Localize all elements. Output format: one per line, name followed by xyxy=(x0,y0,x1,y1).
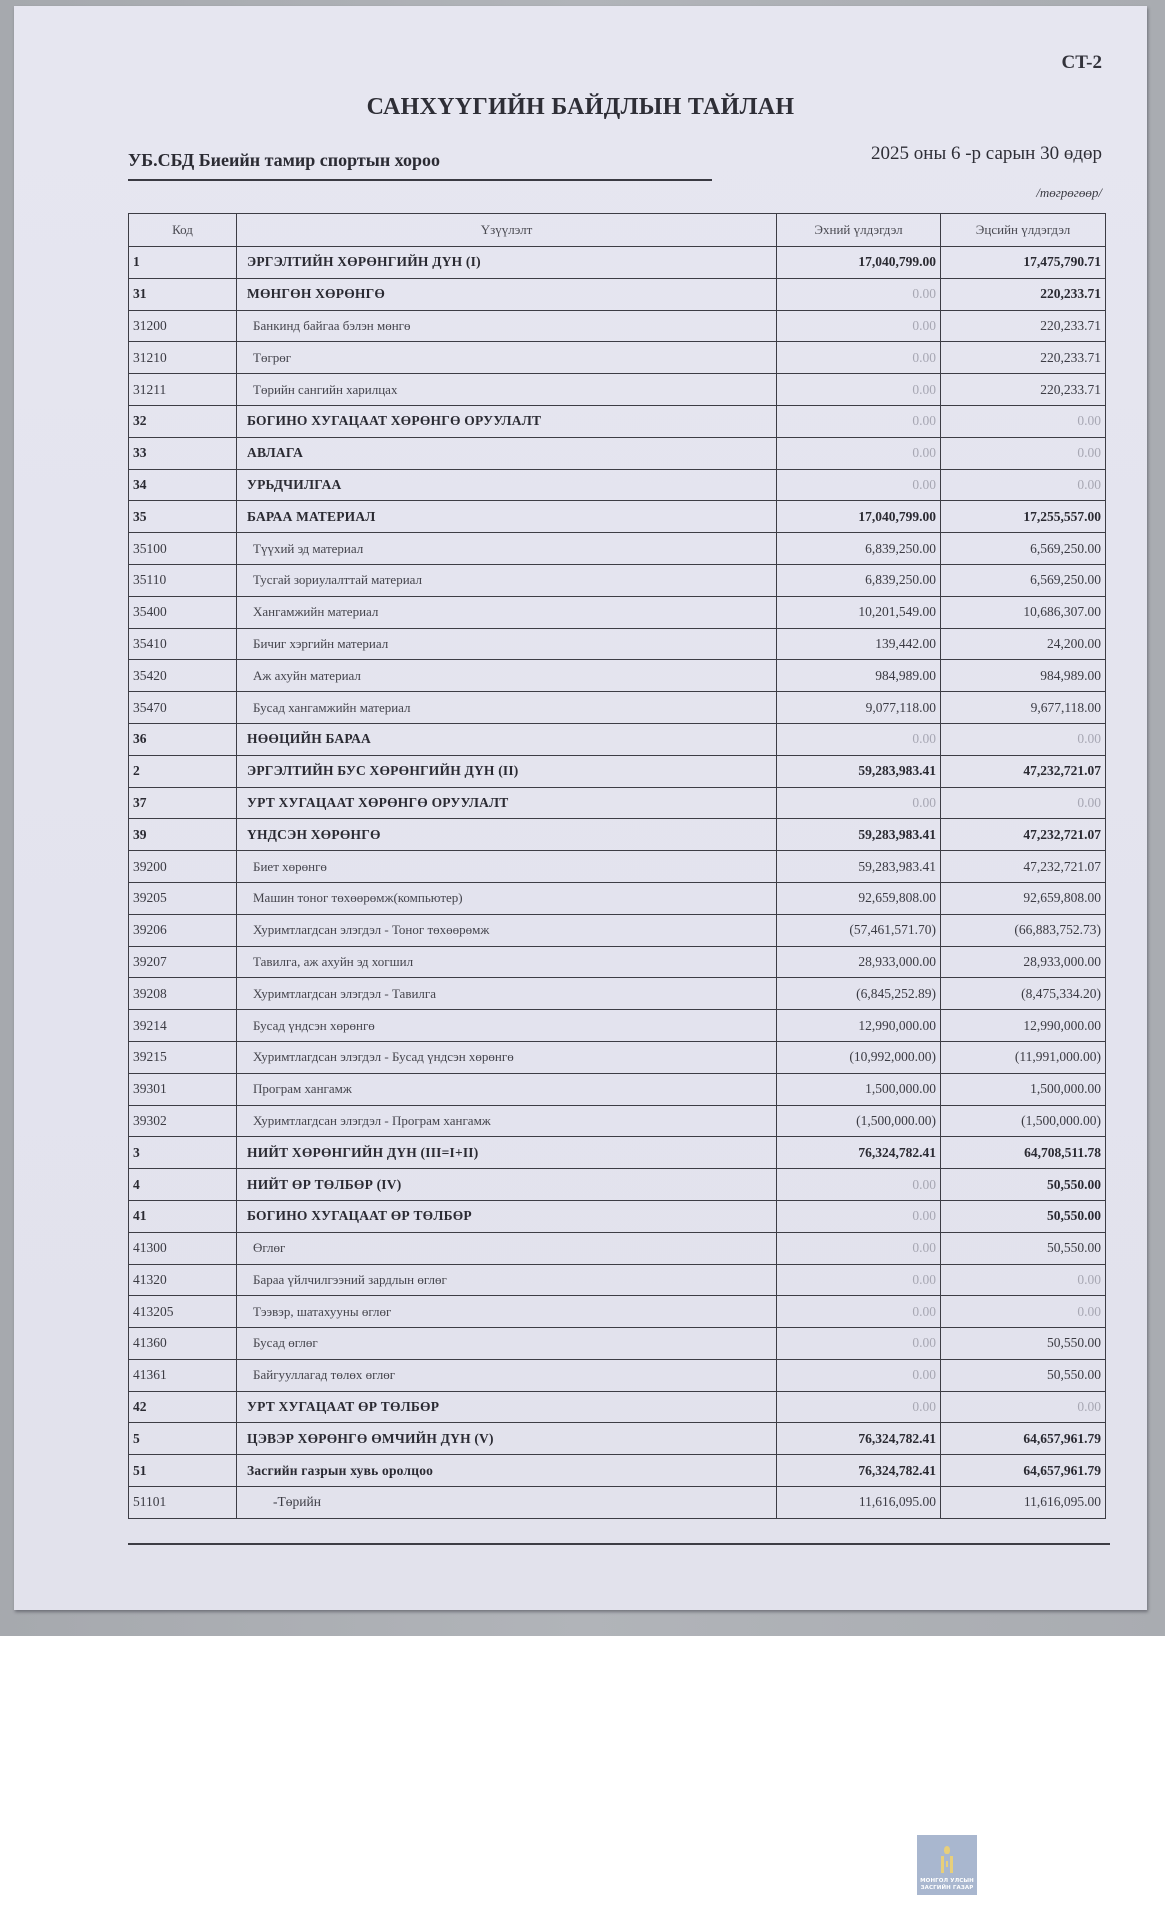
row-end-balance: 12,990,000.00 xyxy=(941,1010,1106,1042)
table-row: 35470Бусад хангамжийн материал9,077,118.… xyxy=(129,692,1106,724)
row-code: 41 xyxy=(129,1200,237,1232)
row-code: 1 xyxy=(129,247,237,279)
row-label: УРТ ХУГАЦААТ ӨР ТӨЛБӨР xyxy=(237,1391,777,1423)
row-label: Машин тоног төхөөрөмж(компьютер) xyxy=(237,882,777,914)
table-row: 51Засгийн газрын хувь оролцоо76,324,782.… xyxy=(129,1455,1106,1487)
table-row: 35420Аж ахуйн материал984,989.00984,989.… xyxy=(129,660,1106,692)
row-begin-balance: 0.00 xyxy=(777,1391,941,1423)
row-end-balance: 50,550.00 xyxy=(941,1200,1106,1232)
row-label: БАРАА МАТЕРИАЛ xyxy=(237,501,777,533)
row-code: 35100 xyxy=(129,533,237,565)
table-row: 39206Хуримтлагдсан элэгдэл - Тоног төхөө… xyxy=(129,914,1106,946)
row-end-balance: 0.00 xyxy=(941,787,1106,819)
table-row: 32БОГИНО ХУГАЦААТ ХӨРӨНГӨ ОРУУЛАЛТ0.000.… xyxy=(129,405,1106,437)
table-row: 35БАРАА МАТЕРИАЛ17,040,799.0017,255,557.… xyxy=(129,501,1106,533)
row-code: 32 xyxy=(129,405,237,437)
row-end-balance: 50,550.00 xyxy=(941,1169,1106,1201)
row-code: 35470 xyxy=(129,692,237,724)
table-row: 31210Төгрөг0.00220,233.71 xyxy=(129,342,1106,374)
row-code: 39200 xyxy=(129,851,237,883)
row-begin-balance: 0.00 xyxy=(777,723,941,755)
balance-sheet-table: Код Үзүүлэлт Эхний үлдэгдэл Эцсийн үлдэг… xyxy=(128,213,1106,1519)
row-label: Засгийн газрын хувь оролцоо xyxy=(237,1455,777,1487)
table-row: 51101-Төрийн11,616,095.0011,616,095.00 xyxy=(129,1487,1106,1519)
row-begin-balance: 9,077,118.00 xyxy=(777,692,941,724)
table-row: 3НИЙТ ХӨРӨНГИЙН ДҮН (III=I+II)76,324,782… xyxy=(129,1137,1106,1169)
table-row: 36НӨӨЦИЙН БАРАА0.000.00 xyxy=(129,723,1106,755)
table-row: 37УРТ ХУГАЦААТ ХӨРӨНГӨ ОРУУЛАЛТ0.000.00 xyxy=(129,787,1106,819)
row-label: Бусад үндсэн хөрөнгө xyxy=(237,1010,777,1042)
row-begin-balance: 0.00 xyxy=(777,1359,941,1391)
header-begin-balance: Эхний үлдэгдэл xyxy=(777,214,941,247)
row-label: Банкинд байгаа бэлэн мөнгө xyxy=(237,310,777,342)
row-end-balance: 6,569,250.00 xyxy=(941,564,1106,596)
row-code: 39208 xyxy=(129,978,237,1010)
row-end-balance: (66,883,752.73) xyxy=(941,914,1106,946)
row-label: Төрийн сангийн харилцах xyxy=(237,374,777,406)
row-code: 3 xyxy=(129,1137,237,1169)
row-begin-balance: 0.00 xyxy=(777,1232,941,1264)
organization-name: УБ.СБД Биеийн тамир спортын хороо xyxy=(128,150,440,171)
table-row: 35110Тусгай зориулалттай материал6,839,2… xyxy=(129,564,1106,596)
table-row: 39205Машин тоног төхөөрөмж(компьютер)92,… xyxy=(129,882,1106,914)
row-begin-balance: 1,500,000.00 xyxy=(777,1073,941,1105)
row-begin-balance: 28,933,000.00 xyxy=(777,946,941,978)
row-begin-balance: 0.00 xyxy=(777,1169,941,1201)
row-begin-balance: 0.00 xyxy=(777,437,941,469)
table-row: 35410Бичиг хэргийн материал139,442.0024,… xyxy=(129,628,1106,660)
row-begin-balance: 76,324,782.41 xyxy=(777,1137,941,1169)
table-row: 39207Тавилга, аж ахуйн эд хогшил28,933,0… xyxy=(129,946,1106,978)
row-end-balance: 0.00 xyxy=(941,1296,1106,1328)
table-row: 41300Өглөг0.0050,550.00 xyxy=(129,1232,1106,1264)
row-code: 31210 xyxy=(129,342,237,374)
row-end-balance: 50,550.00 xyxy=(941,1232,1106,1264)
table-body: 1ЭРГЭЛТИЙН ХӨРӨНГИЙН ДҮН (I)17,040,799.0… xyxy=(129,247,1106,1519)
table-row: 41361Байгууллагад төлөх өглөг0.0050,550.… xyxy=(129,1359,1106,1391)
row-label: -Төрийн xyxy=(237,1487,777,1519)
table-row: 31211Төрийн сангийн харилцах0.00220,233.… xyxy=(129,374,1106,406)
row-end-balance: 10,686,307.00 xyxy=(941,596,1106,628)
row-begin-balance: 92,659,808.00 xyxy=(777,882,941,914)
table-row: 413205Тээвэр, шатахууны өглөг0.000.00 xyxy=(129,1296,1106,1328)
row-begin-balance: 6,839,250.00 xyxy=(777,533,941,565)
row-begin-balance: 0.00 xyxy=(777,278,941,310)
row-end-balance: 0.00 xyxy=(941,1391,1106,1423)
row-label: НӨӨЦИЙН БАРАА xyxy=(237,723,777,755)
row-end-balance: 50,550.00 xyxy=(941,1359,1106,1391)
row-label: БОГИНО ХУГАЦААТ ӨР ТӨЛБӨР xyxy=(237,1200,777,1232)
table-row: 1ЭРГЭЛТИЙН ХӨРӨНГИЙН ДҮН (I)17,040,799.0… xyxy=(129,247,1106,279)
row-label: АВЛАГА xyxy=(237,437,777,469)
row-code: 39301 xyxy=(129,1073,237,1105)
row-begin-balance: 59,283,983.41 xyxy=(777,819,941,851)
row-label: УРЬДЧИЛГАА xyxy=(237,469,777,501)
row-end-balance: 28,933,000.00 xyxy=(941,946,1106,978)
table-row: 39ҮНДСЭН ХӨРӨНГӨ59,283,983.4147,232,721.… xyxy=(129,819,1106,851)
row-begin-balance: 10,201,549.00 xyxy=(777,596,941,628)
table-row: 42УРТ ХУГАЦААТ ӨР ТӨЛБӨР0.000.00 xyxy=(129,1391,1106,1423)
row-label: НИЙТ ХӨРӨНГИЙН ДҮН (III=I+II) xyxy=(237,1137,777,1169)
currency-unit: /төгрөгөөр/ xyxy=(1036,185,1102,201)
row-end-balance: 47,232,721.07 xyxy=(941,755,1106,787)
row-end-balance: 0.00 xyxy=(941,723,1106,755)
table-row: 39208Хуримтлагдсан элэгдэл - Тавилга(6,8… xyxy=(129,978,1106,1010)
row-label: Хангамжийн материал xyxy=(237,596,777,628)
report-date: 2025 оны 6 -р сарын 30 өдөр xyxy=(871,143,1102,165)
table-bottom-rule xyxy=(128,1543,1110,1545)
row-begin-balance: 6,839,250.00 xyxy=(777,564,941,596)
row-code: 39206 xyxy=(129,914,237,946)
row-begin-balance: (57,461,571.70) xyxy=(777,914,941,946)
row-label: Түүхий эд материал xyxy=(237,533,777,565)
table-row: 39301Програм хангамж1,500,000.001,500,00… xyxy=(129,1073,1106,1105)
row-begin-balance: 0.00 xyxy=(777,374,941,406)
row-code: 5 xyxy=(129,1423,237,1455)
row-begin-balance: 59,283,983.41 xyxy=(777,851,941,883)
table-row: 41360Бусад өглөг0.0050,550.00 xyxy=(129,1328,1106,1360)
row-code: 413205 xyxy=(129,1296,237,1328)
row-end-balance: 24,200.00 xyxy=(941,628,1106,660)
table-row: 39214Бусад үндсэн хөрөнгө12,990,000.0012… xyxy=(129,1010,1106,1042)
row-code: 39302 xyxy=(129,1105,237,1137)
row-end-balance: (11,991,000.00) xyxy=(941,1041,1106,1073)
row-label: ЭРГЭЛТИЙН ХӨРӨНГИЙН ДҮН (I) xyxy=(237,247,777,279)
row-begin-balance: 12,990,000.00 xyxy=(777,1010,941,1042)
row-label: Бичиг хэргийн материал xyxy=(237,628,777,660)
row-begin-balance: 0.00 xyxy=(777,469,941,501)
row-code: 39205 xyxy=(129,882,237,914)
row-code: 4 xyxy=(129,1169,237,1201)
row-label: Бараа үйлчилгээний зардлын өглөг xyxy=(237,1264,777,1296)
row-code: 37 xyxy=(129,787,237,819)
row-end-balance: 0.00 xyxy=(941,1264,1106,1296)
row-code: 2 xyxy=(129,755,237,787)
table-row: 39200Биет хөрөнгө59,283,983.4147,232,721… xyxy=(129,851,1106,883)
row-label: ЭРГЭЛТИЙН БУС ХӨРӨНГИЙН ДҮН (II) xyxy=(237,755,777,787)
report-title: САНХҮҮГИЙН БАЙДЛЫН ТАЙЛАН xyxy=(14,94,1147,121)
soyombo-emblem-icon xyxy=(939,1846,955,1874)
row-end-balance: 92,659,808.00 xyxy=(941,882,1106,914)
table-row: 33АВЛАГА0.000.00 xyxy=(129,437,1106,469)
row-label: ҮНДСЭН ХӨРӨНГӨ xyxy=(237,819,777,851)
row-begin-balance: 17,040,799.00 xyxy=(777,247,941,279)
table-row: 35100Түүхий эд материал6,839,250.006,569… xyxy=(129,533,1106,565)
row-label: Байгууллагад төлөх өглөг xyxy=(237,1359,777,1391)
row-end-balance: 64,657,961.79 xyxy=(941,1455,1106,1487)
row-end-balance: 6,569,250.00 xyxy=(941,533,1106,565)
row-end-balance: (8,475,334.20) xyxy=(941,978,1106,1010)
organization-underline xyxy=(128,179,712,181)
table-row: 41БОГИНО ХУГАЦААТ ӨР ТӨЛБӨР0.0050,550.00 xyxy=(129,1200,1106,1232)
table-row: 2ЭРГЭЛТИЙН БУС ХӨРӨНГИЙН ДҮН (II)59,283,… xyxy=(129,755,1106,787)
row-begin-balance: 0.00 xyxy=(777,1264,941,1296)
row-code: 39214 xyxy=(129,1010,237,1042)
row-begin-balance: 76,324,782.41 xyxy=(777,1455,941,1487)
row-label: БОГИНО ХУГАЦААТ ХӨРӨНГӨ ОРУУЛАЛТ xyxy=(237,405,777,437)
row-end-balance: 0.00 xyxy=(941,437,1106,469)
row-end-balance: 0.00 xyxy=(941,469,1106,501)
row-begin-balance: 0.00 xyxy=(777,1296,941,1328)
table-row: 35400Хангамжийн материал10,201,549.0010,… xyxy=(129,596,1106,628)
row-end-balance: (1,500,000.00) xyxy=(941,1105,1106,1137)
header-code: Код xyxy=(129,214,237,247)
row-label: Хуримтлагдсан элэгдэл - Бусад үндсэн хөр… xyxy=(237,1041,777,1073)
row-begin-balance: 11,616,095.00 xyxy=(777,1487,941,1519)
row-end-balance: 11,616,095.00 xyxy=(941,1487,1106,1519)
row-label: Програм хангамж xyxy=(237,1073,777,1105)
row-begin-balance: 984,989.00 xyxy=(777,660,941,692)
row-end-balance: 220,233.71 xyxy=(941,310,1106,342)
row-code: 31211 xyxy=(129,374,237,406)
row-label: УРТ ХУГАЦААТ ХӨРӨНГӨ ОРУУЛАЛТ xyxy=(237,787,777,819)
row-code: 41361 xyxy=(129,1359,237,1391)
row-label: Тээвэр, шатахууны өглөг xyxy=(237,1296,777,1328)
row-code: 36 xyxy=(129,723,237,755)
row-end-balance: 50,550.00 xyxy=(941,1328,1106,1360)
row-begin-balance: 139,442.00 xyxy=(777,628,941,660)
row-end-balance: 64,657,961.79 xyxy=(941,1423,1106,1455)
table-row: 4НИЙТ ӨР ТӨЛБӨР (IV)0.0050,550.00 xyxy=(129,1169,1106,1201)
row-code: 35420 xyxy=(129,660,237,692)
row-end-balance: 64,708,511.78 xyxy=(941,1137,1106,1169)
row-begin-balance: 0.00 xyxy=(777,342,941,374)
row-code: 41360 xyxy=(129,1328,237,1360)
row-code: 39207 xyxy=(129,946,237,978)
row-label: Биет хөрөнгө xyxy=(237,851,777,883)
row-code: 34 xyxy=(129,469,237,501)
row-label: Төгрөг xyxy=(237,342,777,374)
table-row: 39215Хуримтлагдсан элэгдэл - Бусад үндсэ… xyxy=(129,1041,1106,1073)
header-end-balance: Эцсийн үлдэгдэл xyxy=(941,214,1106,247)
row-end-balance: 0.00 xyxy=(941,405,1106,437)
row-code: 51 xyxy=(129,1455,237,1487)
row-code: 39 xyxy=(129,819,237,851)
row-end-balance: 17,255,557.00 xyxy=(941,501,1106,533)
table-row: 31200Банкинд байгаа бэлэн мөнгө0.00220,2… xyxy=(129,310,1106,342)
table-row: 39302Хуримтлагдсан элэгдэл - Програм хан… xyxy=(129,1105,1106,1137)
row-end-balance: 47,232,721.07 xyxy=(941,819,1106,851)
table-row: 41320Бараа үйлчилгээний зардлын өглөг0.0… xyxy=(129,1264,1106,1296)
row-end-balance: 220,233.71 xyxy=(941,278,1106,310)
row-code: 35400 xyxy=(129,596,237,628)
row-label: Бусад хангамжийн материал xyxy=(237,692,777,724)
row-label: Тусгай зориулалттай материал xyxy=(237,564,777,596)
row-code: 33 xyxy=(129,437,237,469)
row-begin-balance: 76,324,782.41 xyxy=(777,1423,941,1455)
row-label: Тавилга, аж ахуйн эд хогшил xyxy=(237,946,777,978)
row-end-balance: 220,233.71 xyxy=(941,342,1106,374)
row-begin-balance: (6,845,252.89) xyxy=(777,978,941,1010)
row-code: 35110 xyxy=(129,564,237,596)
logo-text-line2: ЗАСГИЙН ГАЗАР xyxy=(921,1885,974,1892)
row-code: 35 xyxy=(129,501,237,533)
row-end-balance: 1,500,000.00 xyxy=(941,1073,1106,1105)
row-label: Хуримтлагдсан элэгдэл - Тавилга xyxy=(237,978,777,1010)
row-begin-balance: (10,992,000.00) xyxy=(777,1041,941,1073)
form-code: CT-2 xyxy=(1040,52,1102,74)
table-row: 34УРЬДЧИЛГАА0.000.00 xyxy=(129,469,1106,501)
row-label: Хуримтлагдсан элэгдэл - Програм хангамж xyxy=(237,1105,777,1137)
row-code: 39215 xyxy=(129,1041,237,1073)
row-label: Бусад өглөг xyxy=(237,1328,777,1360)
row-label: ЦЭВЭР ХӨРӨНГӨ ӨМЧИЙН ДҮН (V) xyxy=(237,1423,777,1455)
row-end-balance: 17,475,790.71 xyxy=(941,247,1106,279)
row-begin-balance: 0.00 xyxy=(777,310,941,342)
row-end-balance: 9,677,118.00 xyxy=(941,692,1106,724)
row-end-balance: 984,989.00 xyxy=(941,660,1106,692)
row-end-balance: 220,233.71 xyxy=(941,374,1106,406)
row-label: НИЙТ ӨР ТӨЛБӨР (IV) xyxy=(237,1169,777,1201)
row-begin-balance: 0.00 xyxy=(777,1200,941,1232)
row-begin-balance: 0.00 xyxy=(777,405,941,437)
row-label: Өглөг xyxy=(237,1232,777,1264)
row-begin-balance: 17,040,799.00 xyxy=(777,501,941,533)
row-code: 41320 xyxy=(129,1264,237,1296)
row-code: 31200 xyxy=(129,310,237,342)
header-name: Үзүүлэлт xyxy=(237,214,777,247)
row-end-balance: 47,232,721.07 xyxy=(941,851,1106,883)
government-logo: МОНГОЛ УЛСЫН ЗАСГИЙН ГАЗАР xyxy=(917,1835,977,1895)
table-row: 5ЦЭВЭР ХӨРӨНГӨ ӨМЧИЙН ДҮН (V)76,324,782.… xyxy=(129,1423,1106,1455)
table-header-row: Код Үзүүлэлт Эхний үлдэгдэл Эцсийн үлдэг… xyxy=(129,214,1106,247)
row-label: Хуримтлагдсан элэгдэл - Тоног төхөөрөмж xyxy=(237,914,777,946)
row-label: Аж ахуйн материал xyxy=(237,660,777,692)
row-code: 42 xyxy=(129,1391,237,1423)
row-begin-balance: 0.00 xyxy=(777,1328,941,1360)
row-code: 41300 xyxy=(129,1232,237,1264)
table-row: 31МӨНГӨН ХӨРӨНГӨ0.00220,233.71 xyxy=(129,278,1106,310)
row-begin-balance: 0.00 xyxy=(777,787,941,819)
row-begin-balance: 59,283,983.41 xyxy=(777,755,941,787)
row-begin-balance: (1,500,000.00) xyxy=(777,1105,941,1137)
row-label: МӨНГӨН ХӨРӨНГӨ xyxy=(237,278,777,310)
row-code: 31 xyxy=(129,278,237,310)
row-code: 51101 xyxy=(129,1487,237,1519)
row-code: 35410 xyxy=(129,628,237,660)
